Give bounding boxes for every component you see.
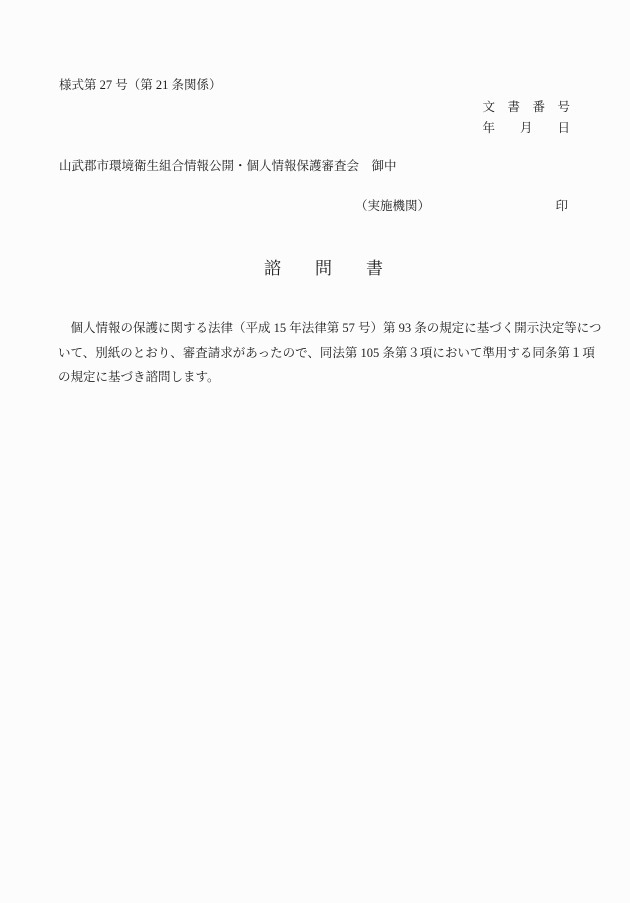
body-paragraph: 個人情報の保護に関する法律（平成 15 年法律第 57 号）第 93 条の規定に… — [58, 316, 574, 390]
issuer-line: （実施機関） 印 — [355, 200, 568, 214]
body-line-3: の規定に基づき諮問します。 — [58, 365, 574, 390]
addressee-line: 山武郡市環境衛生組合情報公開・個人情報保護審査会 御中 — [59, 160, 397, 174]
form-number-label: 様式第 27 号（第 21 条関係） — [59, 79, 222, 93]
body-line-2: いて、別紙のとおり、審査請求があったので、同法第 105 条第３項において準用す… — [58, 341, 574, 366]
date-field: 年 月 日 — [482, 122, 570, 136]
issuer-label: （実施機関） — [355, 200, 430, 214]
document-page: 様式第 27 号（第 21 条関係） 文 書 番 号 年 月 日 山武郡市環境衛… — [0, 0, 630, 903]
seal-mark: 印 — [555, 200, 568, 214]
document-title: 諮 問 書 — [264, 260, 383, 279]
body-line-1: 個人情報の保護に関する法律（平成 15 年法律第 57 号）第 93 条の規定に… — [58, 316, 574, 341]
document-number-field: 文 書 番 号 — [482, 101, 570, 115]
